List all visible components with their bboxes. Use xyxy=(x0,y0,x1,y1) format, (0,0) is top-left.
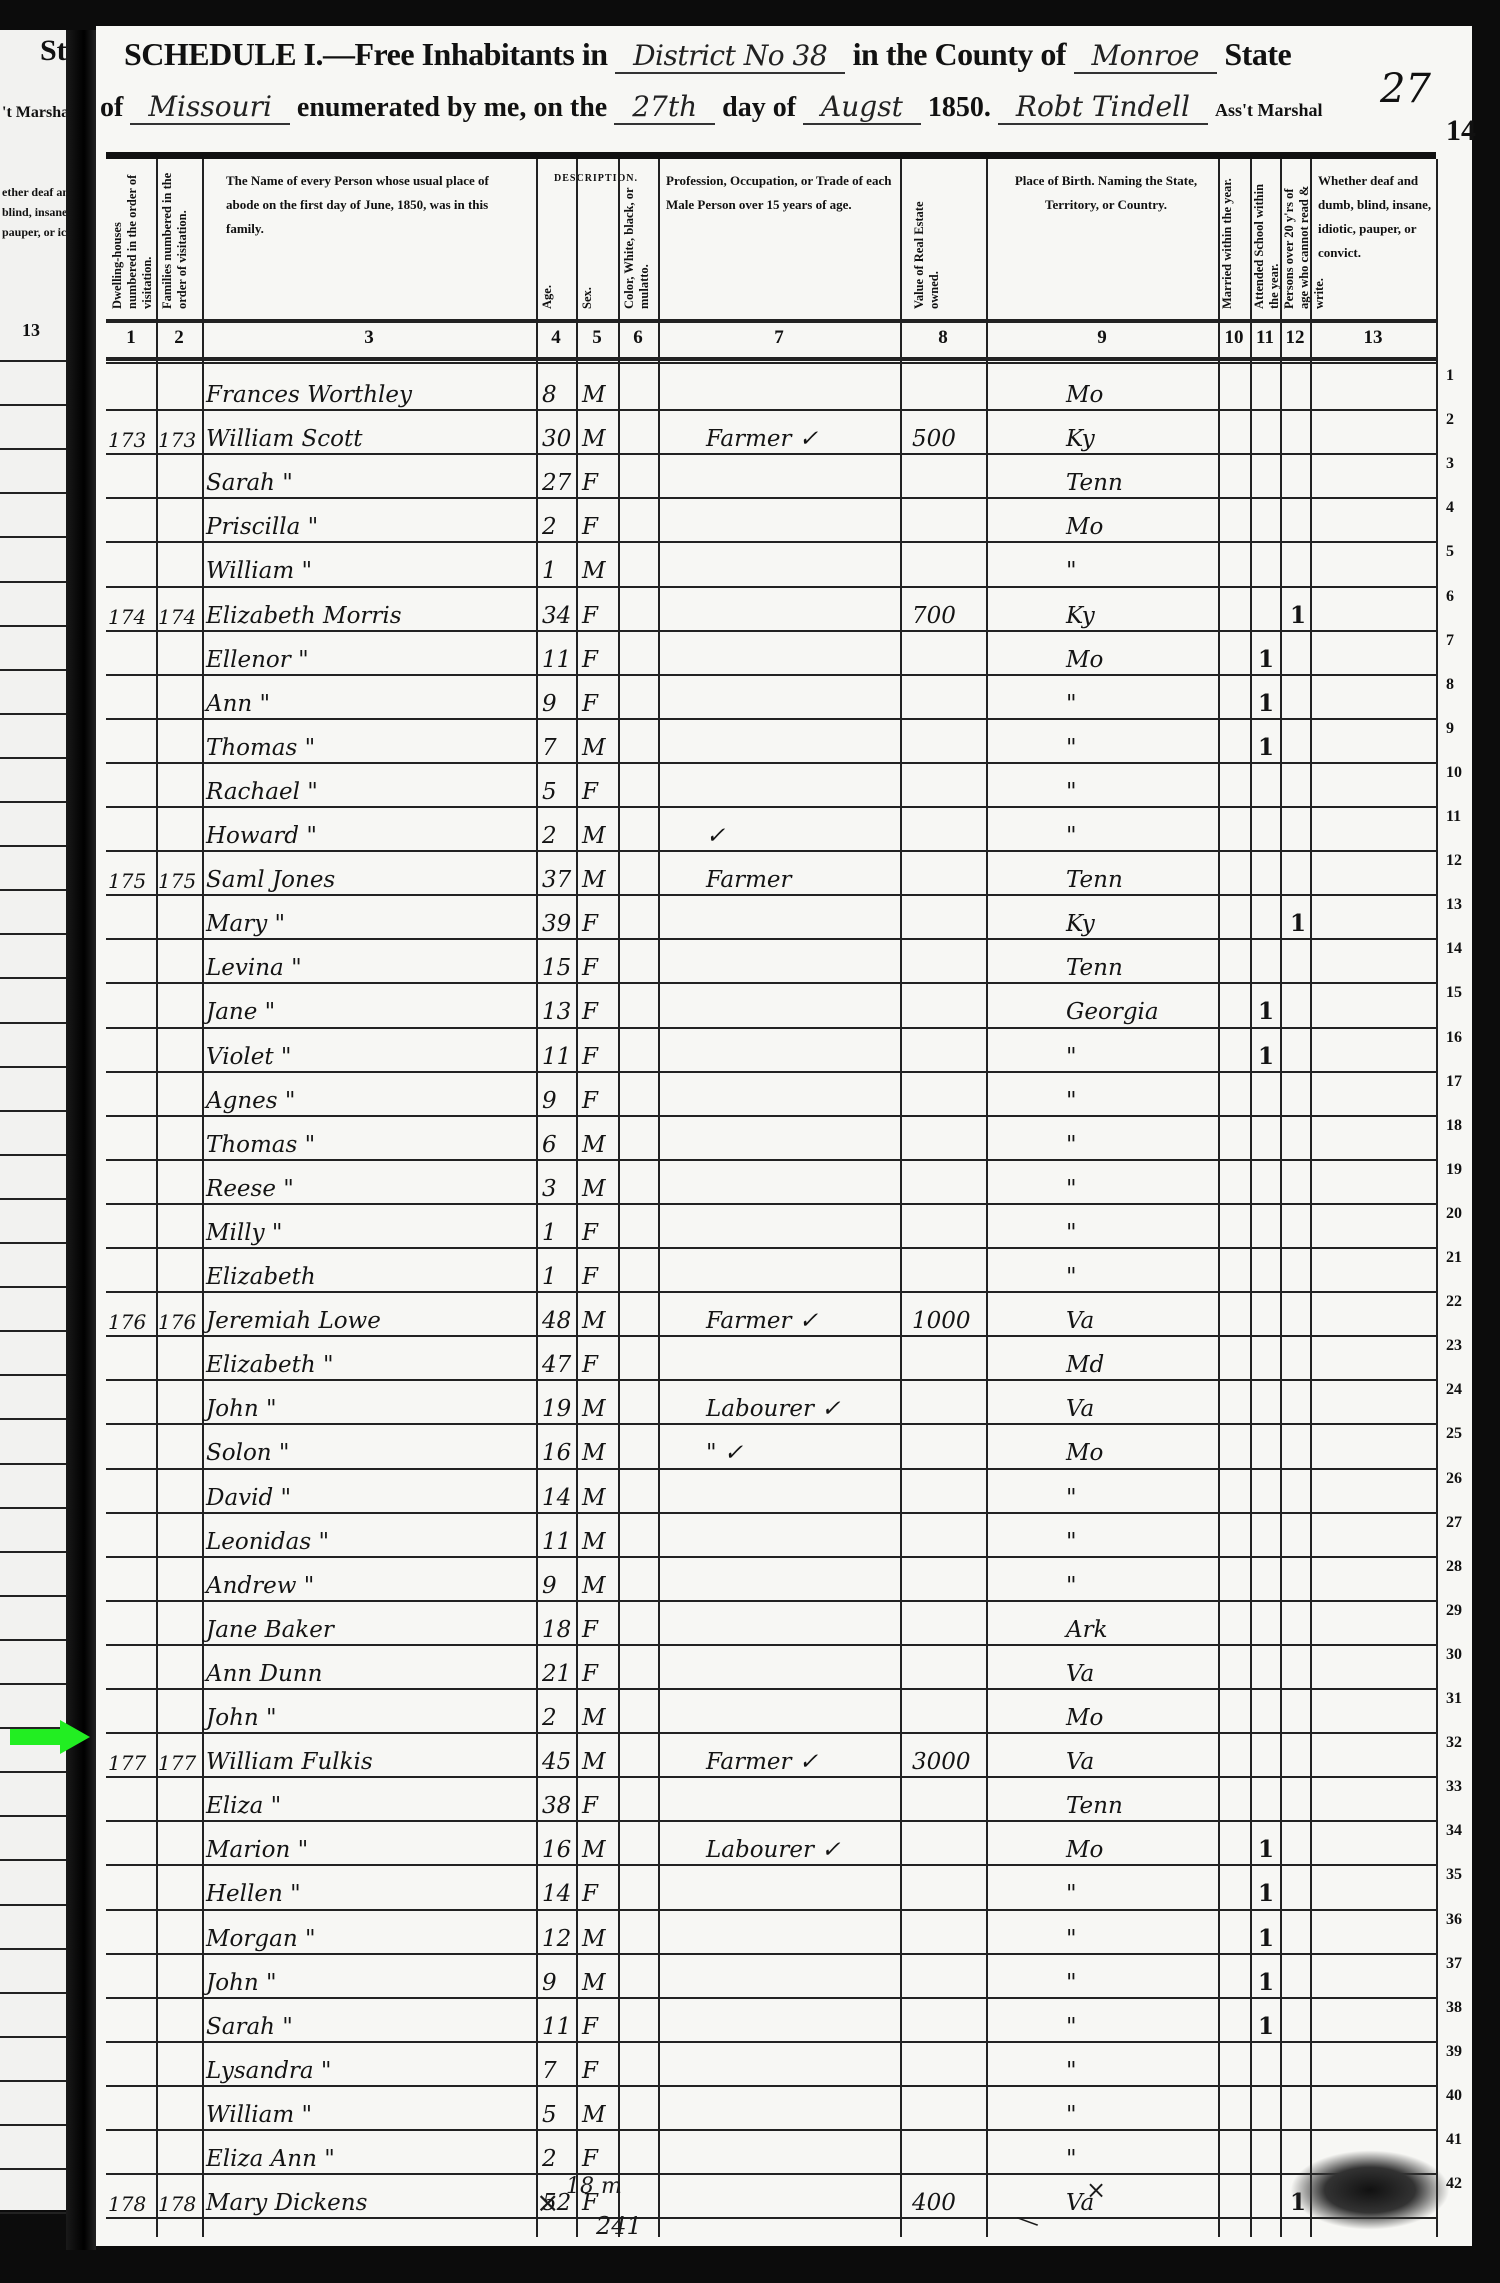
person-name: Saml Jones xyxy=(206,867,335,893)
person-name: Jeremiah Lowe xyxy=(206,1308,381,1334)
dwelling-number: 176 xyxy=(108,1310,146,1334)
birthplace: Ky xyxy=(1066,603,1095,629)
age: 7 xyxy=(542,735,557,761)
person-name: Milly " xyxy=(206,1220,283,1246)
person-name: Violet " xyxy=(206,1044,292,1070)
sex: M xyxy=(582,1705,606,1731)
attended-school-mark: 1 xyxy=(1258,690,1274,717)
family-number: 174 xyxy=(158,605,196,629)
line-number: 18 xyxy=(1446,1117,1462,1135)
birthplace: Tenn xyxy=(1066,867,1123,893)
age: 9 xyxy=(542,1970,557,1996)
ink-smudge xyxy=(1290,2150,1450,2230)
birthplace: " xyxy=(1066,1573,1077,1599)
table-row: Marion "16MLabourer ✓Mo134 xyxy=(106,1822,1436,1866)
column-number-2: 2 xyxy=(156,327,202,349)
occupation: Labourer ✓ xyxy=(706,1396,841,1422)
age: 3 xyxy=(542,1176,557,1202)
birthplace: Md xyxy=(1066,1352,1104,1378)
table-row: Eliza "38FTenn33 xyxy=(106,1778,1436,1822)
birthplace: Tenn xyxy=(1066,1793,1123,1819)
line-number: 8 xyxy=(1446,676,1454,694)
sex: F xyxy=(582,1220,598,1246)
person-name: Ann " xyxy=(206,691,270,717)
person-name: Andrew " xyxy=(206,1573,314,1599)
person-name: Sarah " xyxy=(206,2014,293,2040)
age: 27 xyxy=(542,470,571,496)
sex: F xyxy=(582,911,598,937)
line-number: 36 xyxy=(1446,1911,1462,1929)
age: 2 xyxy=(542,1705,557,1731)
occupation: Farmer xyxy=(706,867,792,893)
header-rule xyxy=(106,319,1436,323)
table-row: 175175Saml Jones37MFarmerTenn12 xyxy=(106,852,1436,896)
occupation: Farmer ✓ xyxy=(706,1308,818,1334)
person-name: Eliza " xyxy=(206,1793,281,1819)
sex: F xyxy=(582,1352,598,1378)
age: 9 xyxy=(542,691,557,717)
table-row: Frances Worthley8MMo1 xyxy=(106,367,1436,411)
birthplace: " xyxy=(1066,1264,1077,1290)
printed-page-number: 14 xyxy=(1446,114,1476,148)
sex: M xyxy=(582,1176,606,1202)
line-number: 24 xyxy=(1446,1381,1462,1399)
age: 2 xyxy=(542,514,557,540)
occupation: ✓ xyxy=(706,823,725,849)
age: 7 xyxy=(542,2058,557,2084)
birthplace: " xyxy=(1066,1044,1077,1070)
table-row: Rachael "5F"10 xyxy=(106,764,1436,808)
birthplace: " xyxy=(1066,1485,1077,1511)
sex: F xyxy=(582,647,598,673)
enumeration-line: of Missouri enumerated by me, on the 27t… xyxy=(100,90,1322,125)
person-name: Solon " xyxy=(206,1440,290,1466)
sex: F xyxy=(582,779,598,805)
column-number-13: 13 xyxy=(1310,327,1436,349)
occupation: Farmer ✓ xyxy=(706,426,818,452)
age: 47 xyxy=(542,1352,571,1378)
table-row: Priscilla "2FMo4 xyxy=(106,499,1436,543)
person-name: Elizabeth Morris xyxy=(206,603,402,629)
sex: F xyxy=(582,1881,598,1907)
column-header-6: Color, White, black, or mulatto. xyxy=(622,169,652,309)
sex: M xyxy=(582,1926,606,1952)
county-field: Monroe xyxy=(1074,39,1217,74)
day-of-label: day of xyxy=(722,92,796,123)
birthplace: " xyxy=(1066,691,1077,717)
table-row: Andrew "9M"28 xyxy=(106,1558,1436,1602)
column-number-7: 7 xyxy=(658,327,900,349)
district-field: District No 38 xyxy=(615,39,845,74)
line-number: 38 xyxy=(1446,1999,1462,2017)
sex: F xyxy=(582,2014,598,2040)
attended-school-mark: 1 xyxy=(1258,1043,1274,1070)
highlight-arrow-icon xyxy=(10,1720,90,1754)
column-number-4: 4 xyxy=(536,327,576,349)
county-label: in the County of xyxy=(853,36,1066,72)
sex: M xyxy=(582,1837,606,1863)
column-header-2: Families numbered in the order of visita… xyxy=(160,169,190,309)
line-number: 40 xyxy=(1446,2087,1462,2105)
line-number: 4 xyxy=(1446,499,1454,517)
age: 18 xyxy=(542,1617,571,1643)
birthplace: " xyxy=(1066,1529,1077,1555)
sex: M xyxy=(582,1440,606,1466)
line-number: 23 xyxy=(1446,1337,1462,1355)
table-row: 177177William Fulkis45MFarmer ✓3000Va32 xyxy=(106,1734,1436,1778)
sex: M xyxy=(582,1396,606,1422)
birthplace: Mo xyxy=(1066,514,1103,540)
line-number: 15 xyxy=(1446,984,1462,1002)
person-name: Elizabeth xyxy=(206,1264,316,1290)
occupation: Labourer ✓ xyxy=(706,1837,841,1863)
line-number: 7 xyxy=(1446,632,1454,650)
birthplace: " xyxy=(1066,1881,1077,1907)
person-name: William " xyxy=(206,558,312,584)
family-number: 176 xyxy=(158,1310,196,1334)
age: 34 xyxy=(542,603,571,629)
age: 1 xyxy=(542,1264,557,1290)
line-number: 34 xyxy=(1446,1822,1462,1840)
line-number: 39 xyxy=(1446,2043,1462,2061)
table-row: David "14M"26 xyxy=(106,1470,1436,1514)
age: 1 xyxy=(542,1220,557,1246)
person-name: Lysandra " xyxy=(206,2058,332,2084)
column-header-8: Value of Real Estate owned. xyxy=(912,169,942,309)
birthplace: " xyxy=(1066,1176,1077,1202)
age: 15 xyxy=(542,955,571,981)
table-row: Violet "11F"116 xyxy=(106,1029,1436,1073)
column-number-9: 9 xyxy=(986,327,1218,349)
age: 6 xyxy=(542,1132,557,1158)
person-name: Ann Dunn xyxy=(206,1661,322,1687)
table-row: Thomas "7M"19 xyxy=(106,720,1436,764)
person-name: Thomas " xyxy=(206,1132,315,1158)
birthplace: Mo xyxy=(1066,1705,1103,1731)
birthplace: " xyxy=(1066,1970,1077,1996)
age: 16 xyxy=(542,1440,571,1466)
enumerated-label: enumerated by me, on the xyxy=(297,92,607,123)
attended-school-mark: 1 xyxy=(1258,1969,1274,1996)
of-label: of xyxy=(100,92,123,123)
table-row: Reese "3M"19 xyxy=(106,1161,1436,1205)
column-number-10: 10 xyxy=(1218,327,1250,349)
dwelling-number: 174 xyxy=(108,605,146,629)
birthplace: " xyxy=(1066,1132,1077,1158)
person-name: John " xyxy=(206,1396,277,1422)
column-number-12: 12 xyxy=(1280,327,1310,349)
table-row: Elizabeth "47FMd23 xyxy=(106,1337,1436,1381)
family-number: 175 xyxy=(158,869,196,893)
sex: F xyxy=(582,1088,598,1114)
state-label: State xyxy=(1224,36,1291,72)
line-number: 11 xyxy=(1446,808,1461,826)
marshal-signature: Robt Tindell xyxy=(998,90,1208,125)
sex: F xyxy=(582,1793,598,1819)
age: 11 xyxy=(542,2014,571,2040)
line-number: 35 xyxy=(1446,1866,1462,1884)
birthplace: Georgia xyxy=(1066,999,1159,1025)
book-spine xyxy=(66,30,96,2250)
sex: M xyxy=(582,426,606,452)
table-row: Lysandra "7F"39 xyxy=(106,2043,1436,2087)
line-number: 41 xyxy=(1446,2131,1462,2149)
header-rule xyxy=(106,362,1436,364)
age: 13 xyxy=(542,999,571,1025)
line-number: 9 xyxy=(1446,720,1454,738)
person-name: Howard " xyxy=(206,823,317,849)
sex: M xyxy=(582,558,606,584)
year-label: 1850. xyxy=(928,92,991,123)
line-number: 31 xyxy=(1446,1690,1462,1708)
table-row: William "5M"40 xyxy=(106,2087,1436,2131)
person-name: Levina " xyxy=(206,955,302,981)
column-header-5: Sex. xyxy=(580,169,595,309)
sex: M xyxy=(582,1529,606,1555)
table-row: Milly "1F"20 xyxy=(106,1205,1436,1249)
left-page-column-number: 13 xyxy=(22,320,40,341)
sex: M xyxy=(582,1308,606,1334)
column-number-1: 1 xyxy=(106,327,156,349)
sex: M xyxy=(582,1132,606,1158)
occupation: " ✓ xyxy=(706,1440,743,1466)
birthplace: Va xyxy=(1066,1308,1094,1334)
person-name: John " xyxy=(206,1705,277,1731)
column-number-11: 11 xyxy=(1250,327,1280,349)
person-name: Mary " xyxy=(206,911,285,937)
sex: F xyxy=(582,1264,598,1290)
person-name: Marion " xyxy=(206,1837,308,1863)
birthplace: " xyxy=(1066,1926,1077,1952)
age: 30 xyxy=(542,426,571,452)
sex: F xyxy=(582,514,598,540)
sex: M xyxy=(582,1749,606,1775)
age: 19 xyxy=(542,1396,571,1422)
age: 11 xyxy=(542,1529,571,1555)
real-estate-value: 500 xyxy=(912,426,956,452)
schedule-title: SCHEDULE I.—Free Inhabitants in xyxy=(124,36,608,72)
person-name: William Scott xyxy=(206,426,362,452)
age: 11 xyxy=(542,1044,571,1070)
age: 48 xyxy=(542,1308,571,1334)
line-number: 1 xyxy=(1446,367,1454,385)
age: 39 xyxy=(542,911,571,937)
column-number-5: 5 xyxy=(576,327,618,349)
left-page-marshal-fragment: 't Marshal xyxy=(2,104,74,122)
person-name: Thomas " xyxy=(206,735,315,761)
age: 37 xyxy=(542,867,571,893)
real-estate-value: 1000 xyxy=(912,1308,971,1334)
birthplace: " xyxy=(1066,2102,1077,2128)
age: 5 xyxy=(542,2102,557,2128)
sex: F xyxy=(582,603,598,629)
line-number: 16 xyxy=(1446,1029,1462,1047)
birthplace: " xyxy=(1066,558,1077,584)
age: 21 xyxy=(542,1661,571,1687)
sex: F xyxy=(582,955,598,981)
sex: M xyxy=(582,382,606,408)
table-row: Jane "13FGeorgia115 xyxy=(106,984,1436,1028)
attended-school-mark: 1 xyxy=(1258,1836,1274,1863)
line-number: 17 xyxy=(1446,1073,1462,1091)
person-name: Jane Baker xyxy=(206,1617,334,1643)
table-row: 178178Mary Dickens52F400Va142 xyxy=(106,2175,1436,2219)
occupation: Farmer ✓ xyxy=(706,1749,818,1775)
stray-mark: × xyxy=(1086,2176,1106,2204)
line-number: 12 xyxy=(1446,852,1462,870)
age: 2 xyxy=(542,823,557,849)
table-row: William "1M"5 xyxy=(106,543,1436,587)
birthplace: Ark xyxy=(1066,1617,1108,1643)
birthplace: " xyxy=(1066,2014,1077,2040)
age: 9 xyxy=(542,1088,557,1114)
table-row: Hellen "14F"135 xyxy=(106,1866,1436,1910)
table-row: Morgan "12M"136 xyxy=(106,1911,1436,1955)
column-header-3: The Name of every Person whose usual pla… xyxy=(226,169,516,241)
attended-school-mark: 1 xyxy=(1258,998,1274,1025)
age: 45 xyxy=(542,1749,571,1775)
person-name: Elizabeth " xyxy=(206,1352,334,1378)
line-number: 19 xyxy=(1446,1161,1462,1179)
age: 2 xyxy=(542,2146,557,2172)
line-number: 27 xyxy=(1446,1514,1462,1532)
line-number: 5 xyxy=(1446,543,1454,561)
age: 14 xyxy=(542,1485,571,1511)
age: 5 xyxy=(542,779,557,805)
birthplace: Tenn xyxy=(1066,470,1123,496)
dwelling-number: 178 xyxy=(108,2192,146,2216)
line-number: 6 xyxy=(1446,588,1454,606)
table-row: Agnes "9F"17 xyxy=(106,1073,1436,1117)
line-number: 13 xyxy=(1446,896,1462,914)
handwritten-page-number: 27 xyxy=(1380,66,1431,112)
cannot-read-write-mark: 1 xyxy=(1290,602,1306,629)
table-row: Ellenor "11FMo17 xyxy=(106,632,1436,676)
line-number: 22 xyxy=(1446,1293,1462,1311)
column-number-6: 6 xyxy=(618,327,658,349)
line-number: 2 xyxy=(1446,411,1454,429)
column-header-7: Profession, Occupation, or Trade of each… xyxy=(666,169,896,217)
line-number: 32 xyxy=(1446,1734,1462,1752)
table-row: John "19MLabourer ✓Va24 xyxy=(106,1381,1436,1425)
column-number-8: 8 xyxy=(900,327,986,349)
real-estate-value: 3000 xyxy=(912,1749,971,1775)
person-name: Sarah " xyxy=(206,470,293,496)
age: 14 xyxy=(542,1881,571,1907)
birthplace: Va xyxy=(1066,1749,1094,1775)
person-name: Ellenor " xyxy=(206,647,309,673)
line-number: 29 xyxy=(1446,1602,1462,1620)
sex: M xyxy=(582,1485,606,1511)
table-row: 174174Elizabeth Morris34F700Ky16 xyxy=(106,588,1436,632)
birthplace: " xyxy=(1066,2146,1077,2172)
attended-school-mark: 1 xyxy=(1258,1925,1274,1952)
table-row: Leonidas "11M"27 xyxy=(106,1514,1436,1558)
sex: F xyxy=(582,691,598,717)
sex: F xyxy=(582,2146,598,2172)
tally-note: 18 m xyxy=(566,2174,622,2199)
sex: M xyxy=(582,823,606,849)
column-header-11: Attended School within the year. xyxy=(1252,169,1282,309)
attended-school-mark: 1 xyxy=(1258,646,1274,673)
table-row: Sarah "11F"138 xyxy=(106,1999,1436,2043)
table-row: Levina "15FTenn14 xyxy=(106,940,1436,984)
line-number: 14 xyxy=(1446,940,1462,958)
dwelling-number: 177 xyxy=(108,1751,146,1775)
sex: F xyxy=(582,2058,598,2084)
cannot-read-write-mark: 1 xyxy=(1290,910,1306,937)
line-number: 3 xyxy=(1446,455,1454,473)
person-name: William " xyxy=(206,2102,312,2128)
person-name: Rachael " xyxy=(206,779,318,805)
sex: M xyxy=(582,867,606,893)
line-number: 20 xyxy=(1446,1205,1462,1223)
census-page: SCHEDULE I.—Free Inhabitants in District… xyxy=(96,26,1472,2246)
sex: M xyxy=(582,2102,606,2128)
line-number: 25 xyxy=(1446,1425,1462,1443)
line-number: 33 xyxy=(1446,1778,1462,1796)
real-estate-value: 700 xyxy=(912,603,956,629)
tally-mark: × xyxy=(536,2186,559,2219)
age: 12 xyxy=(542,1926,571,1952)
birthplace: " xyxy=(1066,1220,1077,1246)
person-name: John " xyxy=(206,1970,277,1996)
marshal-label: Ass't Marshal xyxy=(1215,100,1323,120)
real-estate-value: 400 xyxy=(912,2190,956,2216)
table-row: Howard "2M✓"11 xyxy=(106,808,1436,852)
birthplace: " xyxy=(1066,735,1077,761)
birthplace: " xyxy=(1066,2058,1077,2084)
person-name: Agnes " xyxy=(206,1088,295,1114)
person-name: Frances Worthley xyxy=(206,382,412,408)
line-number: 21 xyxy=(1446,1249,1462,1267)
census-table: DESCRIPTION. Dwelling-houses numbered in… xyxy=(106,152,1436,2237)
sex: M xyxy=(582,1970,606,1996)
family-number: 178 xyxy=(158,2192,196,2216)
birthplace: Mo xyxy=(1066,1837,1103,1863)
table-row: Ann "9F"18 xyxy=(106,676,1436,720)
tally-total: 241 xyxy=(596,2212,642,2240)
person-name: Morgan " xyxy=(206,1926,316,1952)
age: 11 xyxy=(542,647,571,673)
table-row: Jane Baker18FArk29 xyxy=(106,1602,1436,1646)
sex: F xyxy=(582,1661,598,1687)
table-row: Mary "39FKy113 xyxy=(106,896,1436,940)
month-field: Augst xyxy=(803,90,921,125)
person-name: Priscilla " xyxy=(206,514,318,540)
family-number: 173 xyxy=(158,428,196,452)
table-row: John "9M"137 xyxy=(106,1955,1436,1999)
birthplace: " xyxy=(1066,779,1077,805)
birthplace: " xyxy=(1066,1088,1077,1114)
column-header-9: Place of Birth. Naming the State, Territ… xyxy=(1006,169,1206,217)
column-header-1: Dwelling-houses numbered in the order of… xyxy=(110,169,155,309)
sex: M xyxy=(582,735,606,761)
age: 9 xyxy=(542,1573,557,1599)
person-name: Hellen " xyxy=(206,1881,301,1907)
age: 8 xyxy=(542,382,557,408)
age: 1 xyxy=(542,558,557,584)
sex: F xyxy=(582,999,598,1025)
age: 16 xyxy=(542,1837,571,1863)
person-name: Leonidas " xyxy=(206,1529,329,1555)
sex: F xyxy=(582,470,598,496)
person-name: Jane " xyxy=(206,999,275,1025)
birthplace: Mo xyxy=(1066,647,1103,673)
table-row: Eliza Ann "2F"41 xyxy=(106,2131,1436,2175)
birthplace: Ky xyxy=(1066,911,1095,937)
table-row: Ann Dunn21FVa30 xyxy=(106,1646,1436,1690)
